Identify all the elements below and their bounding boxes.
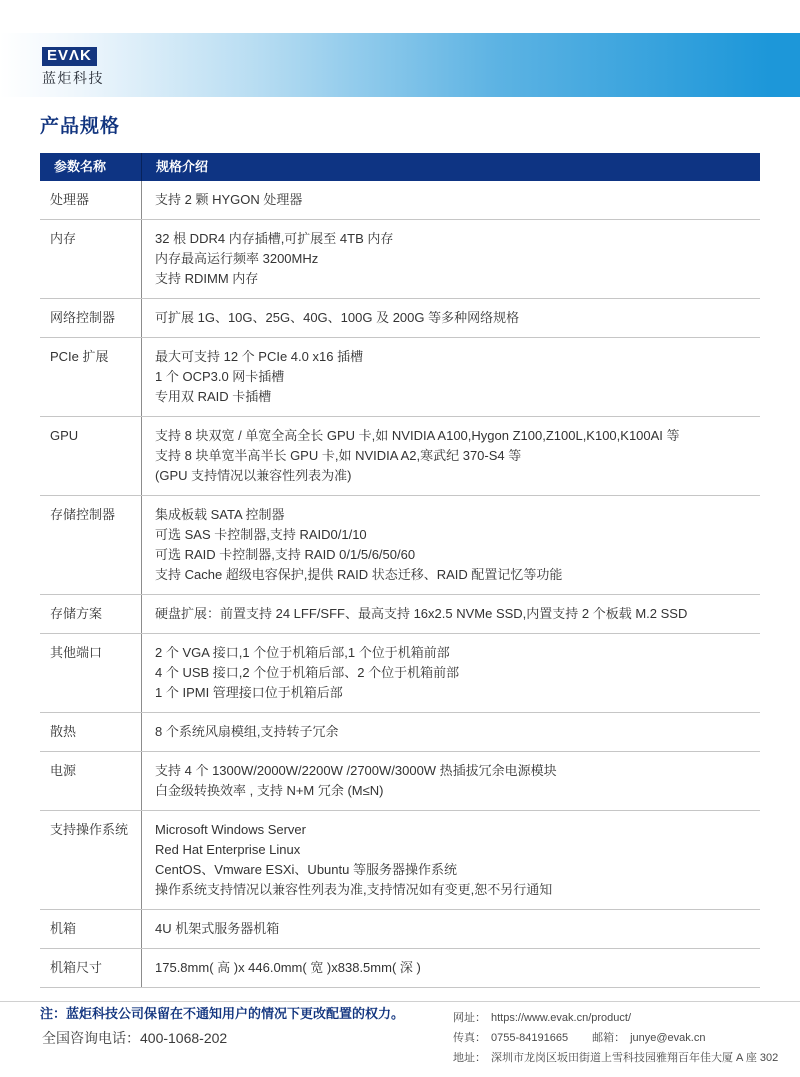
spec-line: 支持 8 块双宽 / 单宽全高全长 GPU 卡,如 NVIDIA A100,Hy…: [155, 426, 752, 446]
table-row: 存储控制器集成板载 SATA 控制器可选 SAS 卡控制器,支持 RAID0/1…: [40, 496, 760, 595]
spec-line: Red Hat Enterprise Linux: [155, 840, 752, 860]
spec-line: 支持 2 颗 HYGON 处理器: [155, 190, 752, 210]
table-row: PCIe 扩展最大可支持 12 个 PCIe 4.0 x16 插槽1 个 OCP…: [40, 338, 760, 417]
row-label: 内存: [40, 220, 141, 298]
spec-line: 支持 RDIMM 内存: [155, 269, 752, 289]
row-label: PCIe 扩展: [40, 338, 141, 416]
content-area: 产品规格 参数名称 规格介绍 处理器支持 2 颗 HYGON 处理器内存32 根…: [0, 111, 800, 1022]
website-label: 网址：: [453, 1012, 486, 1024]
column-header-parameter: 参数名称: [40, 153, 141, 181]
hotline-label: 全国咨询电话：: [42, 1030, 140, 1046]
table-row: 内存32 根 DDR4 内存插槽,可扩展至 4TB 内存内存最高运行频率 320…: [40, 220, 760, 299]
spec-line: 支持 Cache 超级电容保护,提供 RAID 状态迁移、RAID 配置记忆等功…: [155, 565, 752, 585]
spec-line: 1 个 OCP3.0 网卡插槽: [155, 367, 752, 387]
row-label: 网络控制器: [40, 299, 141, 337]
table-row: 机箱4U 机架式服务器机箱: [40, 910, 760, 949]
row-label: 处理器: [40, 181, 141, 219]
top-margin: [0, 0, 800, 33]
row-content: 8 个系统风扇模组,支持转子冗余: [141, 713, 760, 751]
row-label: 其他端口: [40, 634, 141, 712]
spec-line: 最大可支持 12 个 PCIe 4.0 x16 插槽: [155, 347, 752, 367]
spec-line: Microsoft Windows Server: [155, 820, 752, 840]
spec-line: 可选 SAS 卡控制器,支持 RAID0/1/10: [155, 525, 752, 545]
row-content: 支持 8 块双宽 / 单宽全高全长 GPU 卡,如 NVIDIA A100,Hy…: [141, 417, 760, 495]
address-label: 地址：: [453, 1052, 486, 1064]
spec-table: 参数名称 规格介绍 处理器支持 2 颗 HYGON 处理器内存32 根 DDR4…: [40, 153, 760, 988]
row-label: 散热: [40, 713, 141, 751]
row-content: 集成板载 SATA 控制器可选 SAS 卡控制器,支持 RAID0/1/10可选…: [141, 496, 760, 594]
spec-line: 操作系统支持情况以兼容性列表为准,支持情况如有变更,恕不另行通知: [155, 880, 752, 900]
spec-line: 2 个 VGA 接口,1 个位于机箱后部,1 个位于机箱前部: [155, 643, 752, 663]
column-header-spec: 规格介绍: [141, 153, 760, 181]
spec-line: 175.8mm( 高 )x 446.0mm( 宽 )x838.5mm( 深 ): [155, 958, 752, 978]
spec-line: 白金级转换效率 , 支持 N+M 冗余 (M≤N): [155, 781, 752, 801]
table-body: 处理器支持 2 颗 HYGON 处理器内存32 根 DDR4 内存插槽,可扩展至…: [40, 181, 760, 988]
row-label: 电源: [40, 752, 141, 810]
address-text: 深圳市龙岗区坂田街道上雪科技园雅翔百年佳大厦 A 座 302: [491, 1052, 778, 1064]
contact-info: 网址：https://www.evak.cn/product/ 传真：0755-…: [453, 1008, 775, 1068]
row-content: 2 个 VGA 接口,1 个位于机箱后部,1 个位于机箱前部4 个 USB 接口…: [141, 634, 760, 712]
row-content: 支持 4 个 1300W/2000W/2200W /2700W/3000W 热插…: [141, 752, 760, 810]
page-title: 产品规格: [40, 111, 760, 138]
email-label: 邮箱：: [592, 1032, 625, 1044]
fax-email-row: 传真：0755-84191665邮箱：junye@evak.cn: [453, 1028, 775, 1048]
evak-logo: EVΛK: [42, 47, 97, 66]
email-address: junye@evak.cn: [630, 1032, 705, 1044]
row-content: 最大可支持 12 个 PCIe 4.0 x16 插槽1 个 OCP3.0 网卡插…: [141, 338, 760, 416]
spec-line: 8 个系统风扇模组,支持转子冗余: [155, 722, 752, 742]
hotline-number: 400-1068-202: [140, 1030, 227, 1046]
table-row: 网络控制器可扩展 1G、10G、25G、40G、100G 及 200G 等多种网…: [40, 299, 760, 338]
row-content: 支持 2 颗 HYGON 处理器: [141, 181, 760, 219]
table-row: 机箱尺寸175.8mm( 高 )x 446.0mm( 宽 )x838.5mm( …: [40, 949, 760, 988]
table-header-row: 参数名称 规格介绍: [40, 153, 760, 181]
website-url: https://www.evak.cn/product/: [491, 1012, 631, 1024]
website-row: 网址：https://www.evak.cn/product/: [453, 1008, 775, 1028]
spec-line: 内存最高运行频率 3200MHz: [155, 249, 752, 269]
spec-line: 4U 机架式服务器机箱: [155, 919, 752, 939]
spec-line: 32 根 DDR4 内存插槽,可扩展至 4TB 内存: [155, 229, 752, 249]
spec-line: 4 个 USB 接口,2 个位于机箱后部、2 个位于机箱前部: [155, 663, 752, 683]
row-label: GPU: [40, 417, 141, 495]
spec-line: 专用双 RAID 卡插槽: [155, 387, 752, 407]
row-content: 可扩展 1G、10G、25G、40G、100G 及 200G 等多种网络规格: [141, 299, 760, 337]
spec-line: 1 个 IPMI 管理接口位于机箱后部: [155, 683, 752, 703]
spec-line: (GPU 支持情况以兼容性列表为准): [155, 466, 752, 486]
row-content: 4U 机架式服务器机箱: [141, 910, 760, 948]
row-content: 硬盘扩展：前置支持 24 LFF/SFF、最高支持 16x2.5 NVMe SS…: [141, 595, 760, 633]
spec-line: 可选 RAID 卡控制器,支持 RAID 0/1/5/6/50/60: [155, 545, 752, 565]
fax-number: 0755-84191665: [491, 1032, 568, 1044]
spec-line: 可扩展 1G、10G、25G、40G、100G 及 200G 等多种网络规格: [155, 308, 752, 328]
table-row: 其他端口2 个 VGA 接口,1 个位于机箱后部,1 个位于机箱前部4 个 US…: [40, 634, 760, 713]
page-footer: 全国咨询电话：400-1068-202 网址：https://www.evak.…: [0, 1001, 800, 1077]
row-label: 存储方案: [40, 595, 141, 633]
brand-logo: EVΛK 蓝炬科技: [42, 47, 104, 88]
hotline: 全国咨询电话：400-1068-202: [42, 1028, 227, 1048]
row-content: 175.8mm( 高 )x 446.0mm( 宽 )x838.5mm( 深 ): [141, 949, 760, 987]
row-label: 机箱: [40, 910, 141, 948]
fax-label: 传真：: [453, 1032, 486, 1044]
table-row: 散热8 个系统风扇模组,支持转子冗余: [40, 713, 760, 752]
header-banner: EVΛK 蓝炬科技: [0, 33, 800, 97]
spec-line: CentOS、Vmware ESXi、Ubuntu 等服务器操作系统: [155, 860, 752, 880]
company-name: 蓝炬科技: [42, 68, 104, 88]
table-row: 支持操作系统Microsoft Windows ServerRed Hat En…: [40, 811, 760, 910]
row-label: 支持操作系统: [40, 811, 141, 909]
spec-line: 支持 4 个 1300W/2000W/2200W /2700W/3000W 热插…: [155, 761, 752, 781]
address-row: 地址：深圳市龙岗区坂田街道上雪科技园雅翔百年佳大厦 A 座 302: [453, 1048, 775, 1068]
table-row: 存储方案硬盘扩展：前置支持 24 LFF/SFF、最高支持 16x2.5 NVM…: [40, 595, 760, 634]
table-row: GPU支持 8 块双宽 / 单宽全高全长 GPU 卡,如 NVIDIA A100…: [40, 417, 760, 496]
row-content: Microsoft Windows ServerRed Hat Enterpri…: [141, 811, 760, 909]
row-label: 机箱尺寸: [40, 949, 141, 987]
row-label: 存储控制器: [40, 496, 141, 594]
spec-line: 支持 8 块单宽半高半长 GPU 卡,如 NVIDIA A2,寒武纪 370-S…: [155, 446, 752, 466]
spec-line: 硬盘扩展：前置支持 24 LFF/SFF、最高支持 16x2.5 NVMe SS…: [155, 604, 752, 624]
table-row: 电源支持 4 个 1300W/2000W/2200W /2700W/3000W …: [40, 752, 760, 811]
table-row: 处理器支持 2 颗 HYGON 处理器: [40, 181, 760, 220]
spec-line: 集成板载 SATA 控制器: [155, 505, 752, 525]
row-content: 32 根 DDR4 内存插槽,可扩展至 4TB 内存内存最高运行频率 3200M…: [141, 220, 760, 298]
